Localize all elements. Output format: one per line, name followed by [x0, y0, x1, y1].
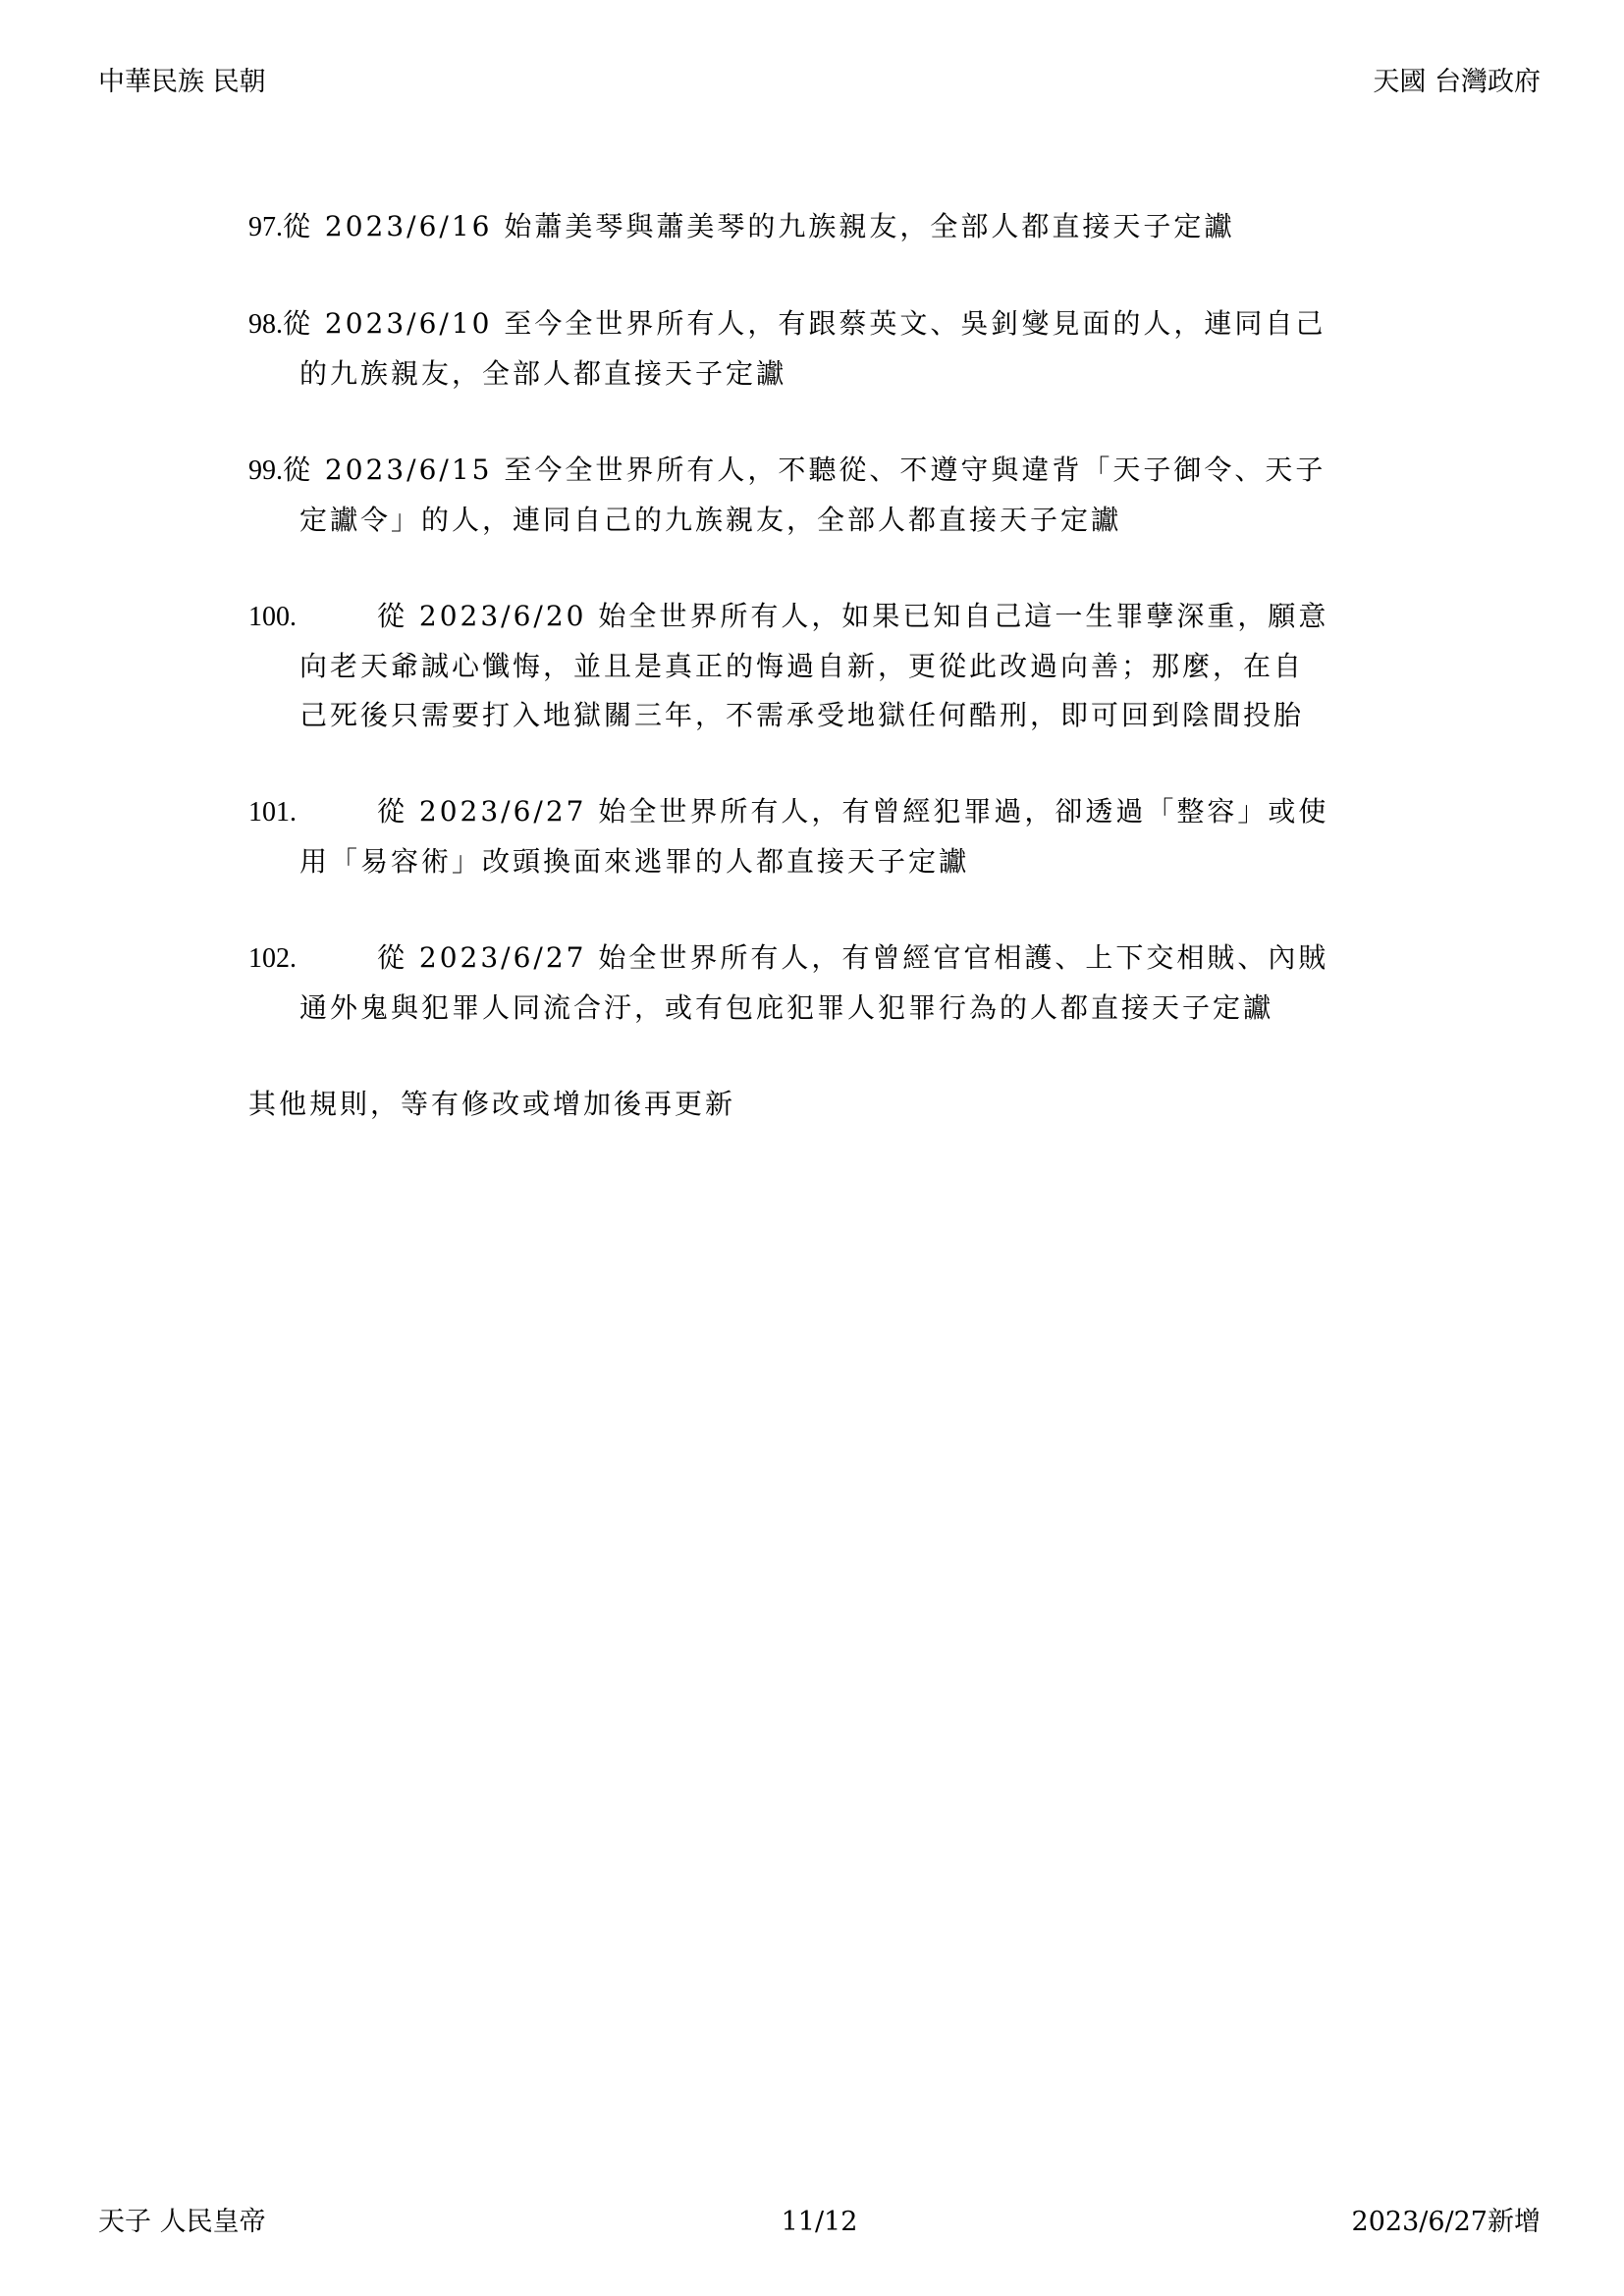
- rule-97: 97.從 2023/6/16 始蕭美琴與蕭美琴的九族親友，全部人都直接天子定讞: [248, 202, 1387, 252]
- rule-102: 102.從 2023/6/27 始全世界所有人，有曾經官官相護、上下交相賊、內賊…: [248, 934, 1387, 1033]
- rule-number: 102.: [248, 934, 377, 984]
- rule-line: 98.從 2023/6/10 至今全世界所有人，有跟蔡英文、吳釗燮見面的人，連同…: [248, 299, 1387, 349]
- footer-right: 2023/6/27新增: [1352, 2205, 1541, 2240]
- rule-text: 從 2023/6/16 始蕭美琴與蕭美琴的九族親友，全部人都直接天子定讞: [283, 210, 1234, 242]
- page-footer: 天子 人民皇帝 11/12 2023/6/27新增: [98, 2205, 1541, 2240]
- rule-number: 101.: [248, 788, 377, 837]
- rule-99: 99.從 2023/6/15 至今全世界所有人，不聽從、不遵守與違背「天子御令、…: [248, 446, 1387, 545]
- rule-text: 從 2023/6/10 至今全世界所有人，有跟蔡英文、吳釗燮見面的人，連同自己: [283, 307, 1326, 340]
- rule-number: 98.: [248, 300, 283, 349]
- rule-98: 98.從 2023/6/10 至今全世界所有人，有跟蔡英文、吳釗燮見面的人，連同…: [248, 299, 1387, 399]
- rules-list: 97.從 2023/6/16 始蕭美琴與蕭美琴的九族親友，全部人都直接天子定讞 …: [248, 202, 1387, 1129]
- page-header: 中華民族 民朝 天國 台灣政府: [98, 65, 1541, 100]
- rule-line: 定讞令」的人，連同自己的九族親友，全部人都直接天子定讞: [248, 496, 1387, 545]
- rule-number: 100.: [248, 593, 377, 642]
- rule-line: 的九族親友，全部人都直接天子定讞: [248, 349, 1387, 399]
- rule-100: 100.從 2023/6/20 始全世界所有人，如果已知自己這一生罪孽深重，願意…: [248, 592, 1387, 740]
- closing-note: 其他規則，等有修改或增加後再更新: [248, 1080, 1387, 1129]
- rule-text: 從 2023/6/15 至今全世界所有人，不聽從、不遵守與違背「天子御令、天子: [283, 454, 1326, 486]
- page-number: 11/12: [782, 2205, 858, 2240]
- rule-line: 102.從 2023/6/27 始全世界所有人，有曾經官官相護、上下交相賊、內賊: [248, 934, 1387, 984]
- header-right: 天國 台灣政府: [1373, 65, 1541, 100]
- rule-101: 101.從 2023/6/27 始全世界所有人，有曾經犯罪過，卻透過「整容」或使…: [248, 787, 1387, 886]
- header-left: 中華民族 民朝: [98, 65, 266, 100]
- rule-line: 用「易容術」改頭換面來逃罪的人都直接天子定讞: [248, 837, 1387, 886]
- rule-line: 101.從 2023/6/27 始全世界所有人，有曾經犯罪過，卻透過「整容」或使: [248, 787, 1387, 837]
- rule-line: 97.從 2023/6/16 始蕭美琴與蕭美琴的九族親友，全部人都直接天子定讞: [248, 202, 1387, 252]
- rule-text: 從 2023/6/20 始全世界所有人，如果已知自己這一生罪孽深重，願意: [377, 600, 1328, 632]
- footer-left: 天子 人民皇帝: [98, 2205, 266, 2240]
- rule-line: 向老天爺誠心懺悔，並且是真正的悔過自新，更從此改過向善；那麼，在自: [248, 642, 1387, 691]
- rule-number: 99.: [248, 447, 283, 496]
- rule-text: 從 2023/6/27 始全世界所有人，有曾經官官相護、上下交相賊、內賊: [377, 941, 1328, 974]
- rule-number: 97.: [248, 203, 283, 252]
- rule-text: 從 2023/6/27 始全世界所有人，有曾經犯罪過，卻透過「整容」或使: [377, 795, 1328, 828]
- rule-line: 通外鬼與犯罪人同流合汙，或有包庇犯罪人犯罪行為的人都直接天子定讞: [248, 984, 1387, 1033]
- rule-line: 100.從 2023/6/20 始全世界所有人，如果已知自己這一生罪孽深重，願意: [248, 592, 1387, 642]
- rule-line: 己死後只需要打入地獄關三年，不需承受地獄任何酷刑，即可回到陰間投胎: [248, 691, 1387, 740]
- rule-line: 99.從 2023/6/15 至今全世界所有人，不聽從、不遵守與違背「天子御令、…: [248, 446, 1387, 496]
